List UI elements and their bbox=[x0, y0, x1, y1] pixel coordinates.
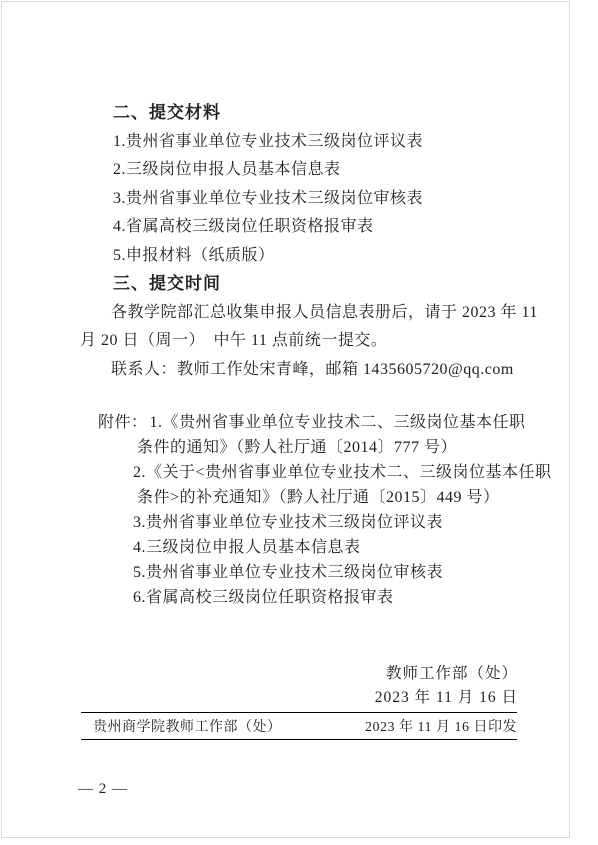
attachment-item-1: 1.《贵州省事业单位专业技术二、三级岗位基本任职 bbox=[150, 414, 526, 431]
materials-item-3: 3.贵州省事业单位专业技术三级岗位审核表 bbox=[80, 185, 518, 214]
document-page: 二、提交材料 1.贵州省事业单位专业技术三级岗位评议表 2.三级岗位申报人员基本… bbox=[0, 0, 598, 845]
attachment-line-8: 6.省属高校三级岗位任职资格报审表 bbox=[80, 585, 518, 610]
materials-item-5: 5.申报材料（纸质版） bbox=[80, 242, 518, 271]
attachment-line-6: 4.三级岗位申报人员基本信息表 bbox=[80, 535, 518, 560]
time-paragraph-line-1: 各教学院部汇总收集申报人员信息表册后，请于 2023 年 11 bbox=[80, 299, 518, 328]
materials-item-1: 1.贵州省事业单位专业技术三级岗位评议表 bbox=[80, 128, 518, 157]
section-heading-time: 三、提交时间 bbox=[80, 270, 518, 299]
page-number: — 2 — bbox=[78, 781, 128, 798]
section-heading-materials: 二、提交材料 bbox=[80, 99, 518, 128]
attachment-line-7: 5.贵州省事业单位专业技术三级岗位审核表 bbox=[80, 560, 518, 585]
materials-item-4: 4.省属高校三级岗位任职资格报审表 bbox=[80, 213, 518, 242]
materials-item-2: 2.三级岗位申报人员基本信息表 bbox=[80, 156, 518, 185]
attachment-line-3: 2.《关于<贵州省事业单位专业技术二、三级岗位基本任职 bbox=[80, 460, 518, 485]
main-text-block: 二、提交材料 1.贵州省事业单位专业技术三级岗位评议表 2.三级岗位申报人员基本… bbox=[80, 99, 518, 384]
attachment-line-2: 条件的通知》（黔人社厅通〔2014〕777 号） bbox=[80, 435, 518, 460]
attachment-line-5: 3.贵州省事业单位专业技术三级岗位评议表 bbox=[80, 510, 518, 535]
signoff-date: 2023 年 11 月 16 日 bbox=[80, 686, 518, 710]
contact-line: 联系人：教师工作处宋青峰，邮箱 1435605720@qq.com bbox=[80, 356, 518, 385]
time-paragraph-line-2: 月 20 日（周一） 中午 11 点前统一提交。 bbox=[80, 327, 518, 356]
signoff-block: 教师工作部（处） 2023 年 11 月 16 日 bbox=[80, 662, 518, 710]
signoff-department: 教师工作部（处） bbox=[80, 662, 518, 686]
attachments-block: 附件：1.《贵州省事业单位专业技术二、三级岗位基本任职 条件的通知》（黔人社厅通… bbox=[80, 410, 518, 610]
attachment-line-4: 条件>的补充通知》（黔人社厅通〔2015〕449 号） bbox=[80, 485, 518, 510]
colophon-print-date: 2023 年 11 月 16 日印发 bbox=[365, 716, 517, 736]
attachment-line-1: 附件：1.《贵州省事业单位专业技术二、三级岗位基本任职 bbox=[80, 410, 518, 435]
colophon-issuer: 贵州商学院教师工作部（处） bbox=[81, 716, 282, 736]
attachments-label: 附件： bbox=[98, 414, 150, 431]
colophon-row: 贵州商学院教师工作部（处） 2023 年 11 月 16 日印发 bbox=[81, 712, 517, 740]
